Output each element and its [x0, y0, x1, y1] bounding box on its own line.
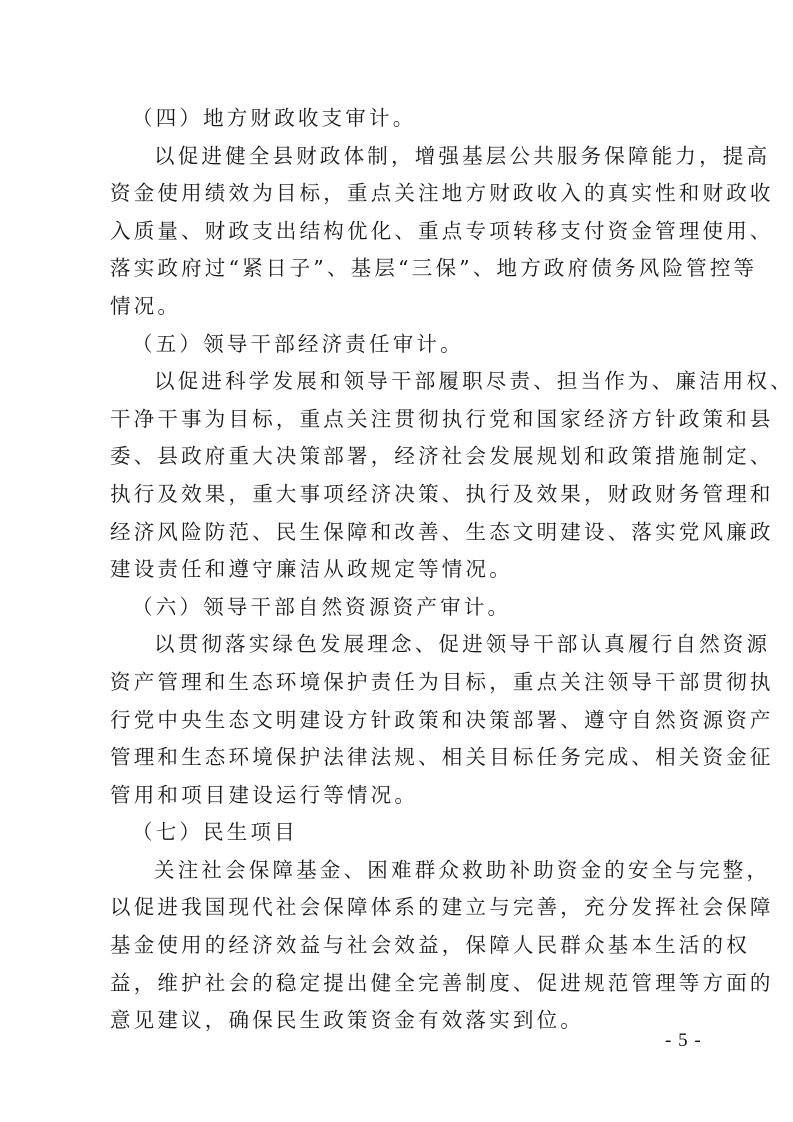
- paragraph-line: 以促进科学发展和领导干部履职尽责、担当作为、廉洁用权、: [110, 363, 694, 401]
- paragraph-line: 以促进健全县财政体制，增强基层公共服务保障能力，提高: [110, 138, 694, 176]
- paragraph-line: 落实政府过“紧日子”、基层“三保”、地方政府债务风险管控等: [110, 250, 694, 288]
- paragraph-line: 以促进我国现代社会保障体系的建立与完善，充分发挥社会保障: [110, 889, 694, 927]
- paragraph-line: 执行及效果，重大事项经济决策、执行及效果，财政财务管理和: [110, 476, 694, 514]
- paragraph-line: 资产管理和生态环境保护责任为目标，重点关注领导干部贯彻执: [110, 664, 694, 702]
- paragraph-line: 关注社会保障基金、困难群众救助补助资金的安全与完整，: [110, 852, 694, 890]
- section-heading-4: （四）地方财政收支审计。: [110, 100, 694, 138]
- section-heading-5: （五）领导干部经济责任审计。: [110, 326, 694, 364]
- paragraph-line: 资金使用绩效为目标，重点关注地方财政收入的真实性和财政收: [110, 175, 694, 213]
- paragraph-line: 干净干事为目标，重点关注贯彻执行党和国家经济方针政策和县: [110, 401, 694, 439]
- paragraph-line: 情况。: [110, 288, 694, 326]
- paragraph-line: 入质量、财政支出结构优化、重点专项转移支付资金管理使用、: [110, 213, 694, 251]
- section-heading-7: （七）民生项目: [110, 814, 694, 852]
- paragraph-line: 基金使用的经济效益与社会效益，保障人民群众基本生活的权: [110, 927, 694, 965]
- paragraph-line: 管用和项目建设运行等情况。: [110, 777, 694, 815]
- paragraph-line: 行党中央生态文明建设方针政策和决策部署、遵守自然资源资产: [110, 702, 694, 740]
- section-heading-6: （六）领导干部自然资源资产审计。: [110, 589, 694, 627]
- paragraph-line: 管理和生态环境保护法律法规、相关目标任务完成、相关资金征: [110, 739, 694, 777]
- paragraph-line: 以贯彻落实绿色发展理念、促进领导干部认真履行自然资源: [110, 626, 694, 664]
- document-page-body: （四）地方财政收支审计。 以促进健全县财政体制，增强基层公共服务保障能力，提高 …: [110, 100, 694, 1040]
- paragraph-line: 益，维护社会的稳定提出健全完善制度、促进规范管理等方面的: [110, 965, 694, 1003]
- page-number: - 5 -: [665, 1030, 702, 1052]
- paragraph-line: 意见建议，确保民生政策资金有效落实到位。: [110, 1002, 694, 1040]
- paragraph-line: 建设责任和遵守廉洁从政规定等情况。: [110, 551, 694, 589]
- paragraph-line: 委、县政府重大决策部署，经济社会发展规划和政策措施制定、: [110, 438, 694, 476]
- paragraph-line: 经济风险防范、民生保障和改善、生态文明建设、落实党风廉政: [110, 514, 694, 552]
